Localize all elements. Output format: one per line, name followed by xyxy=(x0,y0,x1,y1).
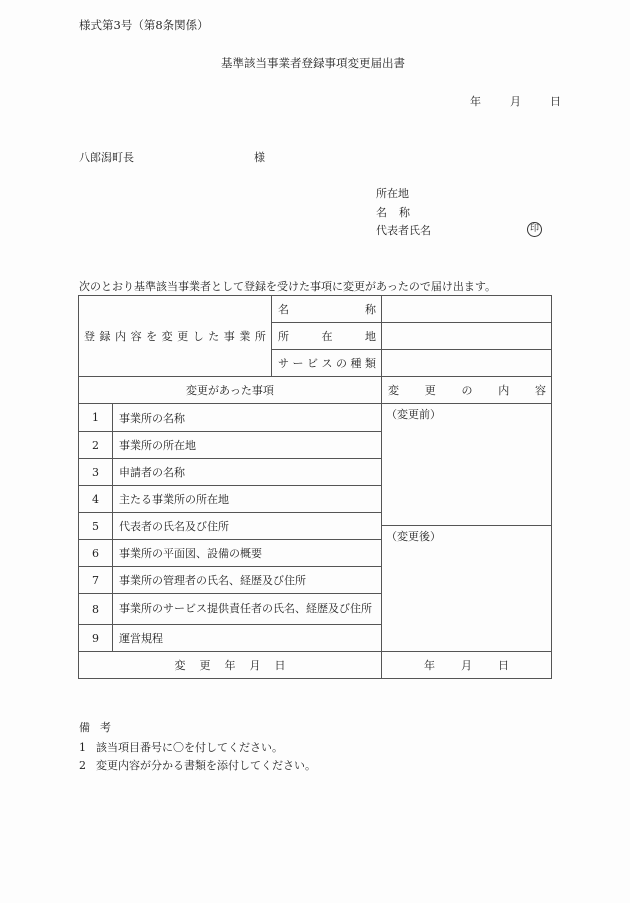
item-number[interactable]: 9 xyxy=(79,625,112,651)
label-char: 内 xyxy=(498,382,509,398)
change-date-field[interactable]: 年 月 日 xyxy=(382,652,551,678)
label-char: 称 xyxy=(399,206,410,219)
item-number[interactable]: 8 xyxy=(79,594,112,624)
date-month: 月 xyxy=(510,95,521,108)
submission-date: 年 月 日 xyxy=(470,93,561,109)
note-item: 1該当項目番号に〇を付してください。 xyxy=(79,739,283,755)
note-number: 2 xyxy=(79,759,86,772)
item-label: 事業所の所在地 xyxy=(119,432,379,458)
seal-mark: 印 xyxy=(527,222,542,237)
item-label: 事業所の名称 xyxy=(119,404,379,431)
label-char: 名 xyxy=(278,301,289,317)
label-char: サ xyxy=(278,355,289,371)
applicant-rep-label: 代表者氏名 xyxy=(376,222,431,238)
seal-icon: 印 xyxy=(527,221,542,237)
item-label: 事業所の管理者の氏名、経歴及び住所 xyxy=(119,567,379,593)
label-char: 月 xyxy=(250,657,261,673)
label-char: 種 xyxy=(351,355,362,371)
item-label: 事業所の平面図、設備の概要 xyxy=(119,540,379,566)
label-char: 変 xyxy=(388,382,399,398)
label-char: た xyxy=(208,328,219,344)
label-char: 備 xyxy=(79,721,90,734)
label-char: ー xyxy=(293,355,304,371)
note-number: 1 xyxy=(79,741,86,754)
notes-title: 備考 xyxy=(79,719,111,735)
applicant-address-label: 所在地 xyxy=(376,185,409,201)
label-char: 考 xyxy=(100,721,111,734)
label-char: し xyxy=(193,328,204,344)
label-char: 変 xyxy=(162,328,173,344)
office-address-label: 所 在 地 xyxy=(278,323,376,349)
contents-header: 変 更 の 内 容 xyxy=(388,377,546,403)
date-day: 日 xyxy=(550,95,561,108)
item-number[interactable]: 6 xyxy=(79,540,112,566)
date-month: 月 xyxy=(461,657,472,673)
office-name-label: 名 称 xyxy=(278,296,376,322)
item-number[interactable]: 4 xyxy=(79,486,112,512)
item-label: 運営規程 xyxy=(119,625,379,651)
label-char: 業 xyxy=(239,328,250,344)
service-type-label: サ ー ビ ス の 種 類 xyxy=(278,350,376,376)
note-text: 変更内容が分かる書類を添付してください。 xyxy=(96,759,316,772)
label-char: 在 xyxy=(322,328,333,344)
item-number[interactable]: 5 xyxy=(79,513,112,539)
office-address-field[interactable] xyxy=(386,323,546,349)
label-char: 変 xyxy=(175,657,186,673)
form-number: 様式第3号（第8条関係） xyxy=(79,17,209,33)
changes-header: 変更があった事項 xyxy=(79,377,381,403)
before-content-field[interactable] xyxy=(382,420,550,524)
addressee-honorific: 様 xyxy=(254,149,265,165)
label-char: 日 xyxy=(275,657,286,673)
label-char: 類 xyxy=(365,355,376,371)
note-text: 該当項目番号に〇を付してください。 xyxy=(96,741,283,754)
applicant-name-label: 名称 xyxy=(376,204,410,220)
label-char: 更 xyxy=(200,657,211,673)
change-date-label: 変 更 年 月 日 xyxy=(79,652,381,678)
label-char: 更 xyxy=(177,328,188,344)
addressee-name: 八郎潟町長 xyxy=(79,149,134,165)
label-char: ス xyxy=(322,355,333,371)
label-char: 録 xyxy=(100,328,111,344)
after-content-field[interactable] xyxy=(382,542,550,650)
service-type-field[interactable] xyxy=(386,350,546,376)
label-char: の xyxy=(462,382,473,398)
label-char: 容 xyxy=(131,328,142,344)
intro-text: 次のとおり基準該当事業者として登録を受けた事項に変更があったので届け出ます。 xyxy=(79,278,496,294)
office-section-label: 登 録 内 容 を 変 更 し た 事 業 所 xyxy=(84,296,266,376)
office-name-field[interactable] xyxy=(386,296,546,322)
date-year: 年 xyxy=(424,657,435,673)
label-char: ビ xyxy=(307,355,318,371)
item-label: 主たる事業所の所在地 xyxy=(119,486,379,512)
label-char: 年 xyxy=(225,657,236,673)
label-char: 地 xyxy=(365,328,376,344)
label-char: 容 xyxy=(535,382,546,398)
label-char: 所 xyxy=(255,328,266,344)
label-char: 事 xyxy=(224,328,235,344)
item-label: 代表者の氏名及び住所 xyxy=(119,513,379,539)
label-char: 更 xyxy=(425,382,436,398)
note-item: 2変更内容が分かる書類を添付してください。 xyxy=(79,757,316,773)
item-number[interactable]: 1 xyxy=(79,404,112,431)
item-label: 申請者の名称 xyxy=(119,459,379,485)
label-char: の xyxy=(336,355,347,371)
page-title: 基準該当事業者登録事項変更届出書 xyxy=(221,55,405,71)
label-char: 登 xyxy=(84,328,95,344)
label-char: を xyxy=(146,328,157,344)
item-label: 事業所のサービス提供責任者の氏名、経歴及び住所 xyxy=(119,594,379,624)
label-char: 所 xyxy=(278,328,289,344)
item-number[interactable]: 2 xyxy=(79,432,112,458)
label-char: 内 xyxy=(115,328,126,344)
date-day: 日 xyxy=(498,657,509,673)
label-char: 名 xyxy=(376,206,387,219)
date-year: 年 xyxy=(470,95,481,108)
item-number[interactable]: 3 xyxy=(79,459,112,485)
label-char: 称 xyxy=(365,301,376,317)
item-number[interactable]: 7 xyxy=(79,567,112,593)
